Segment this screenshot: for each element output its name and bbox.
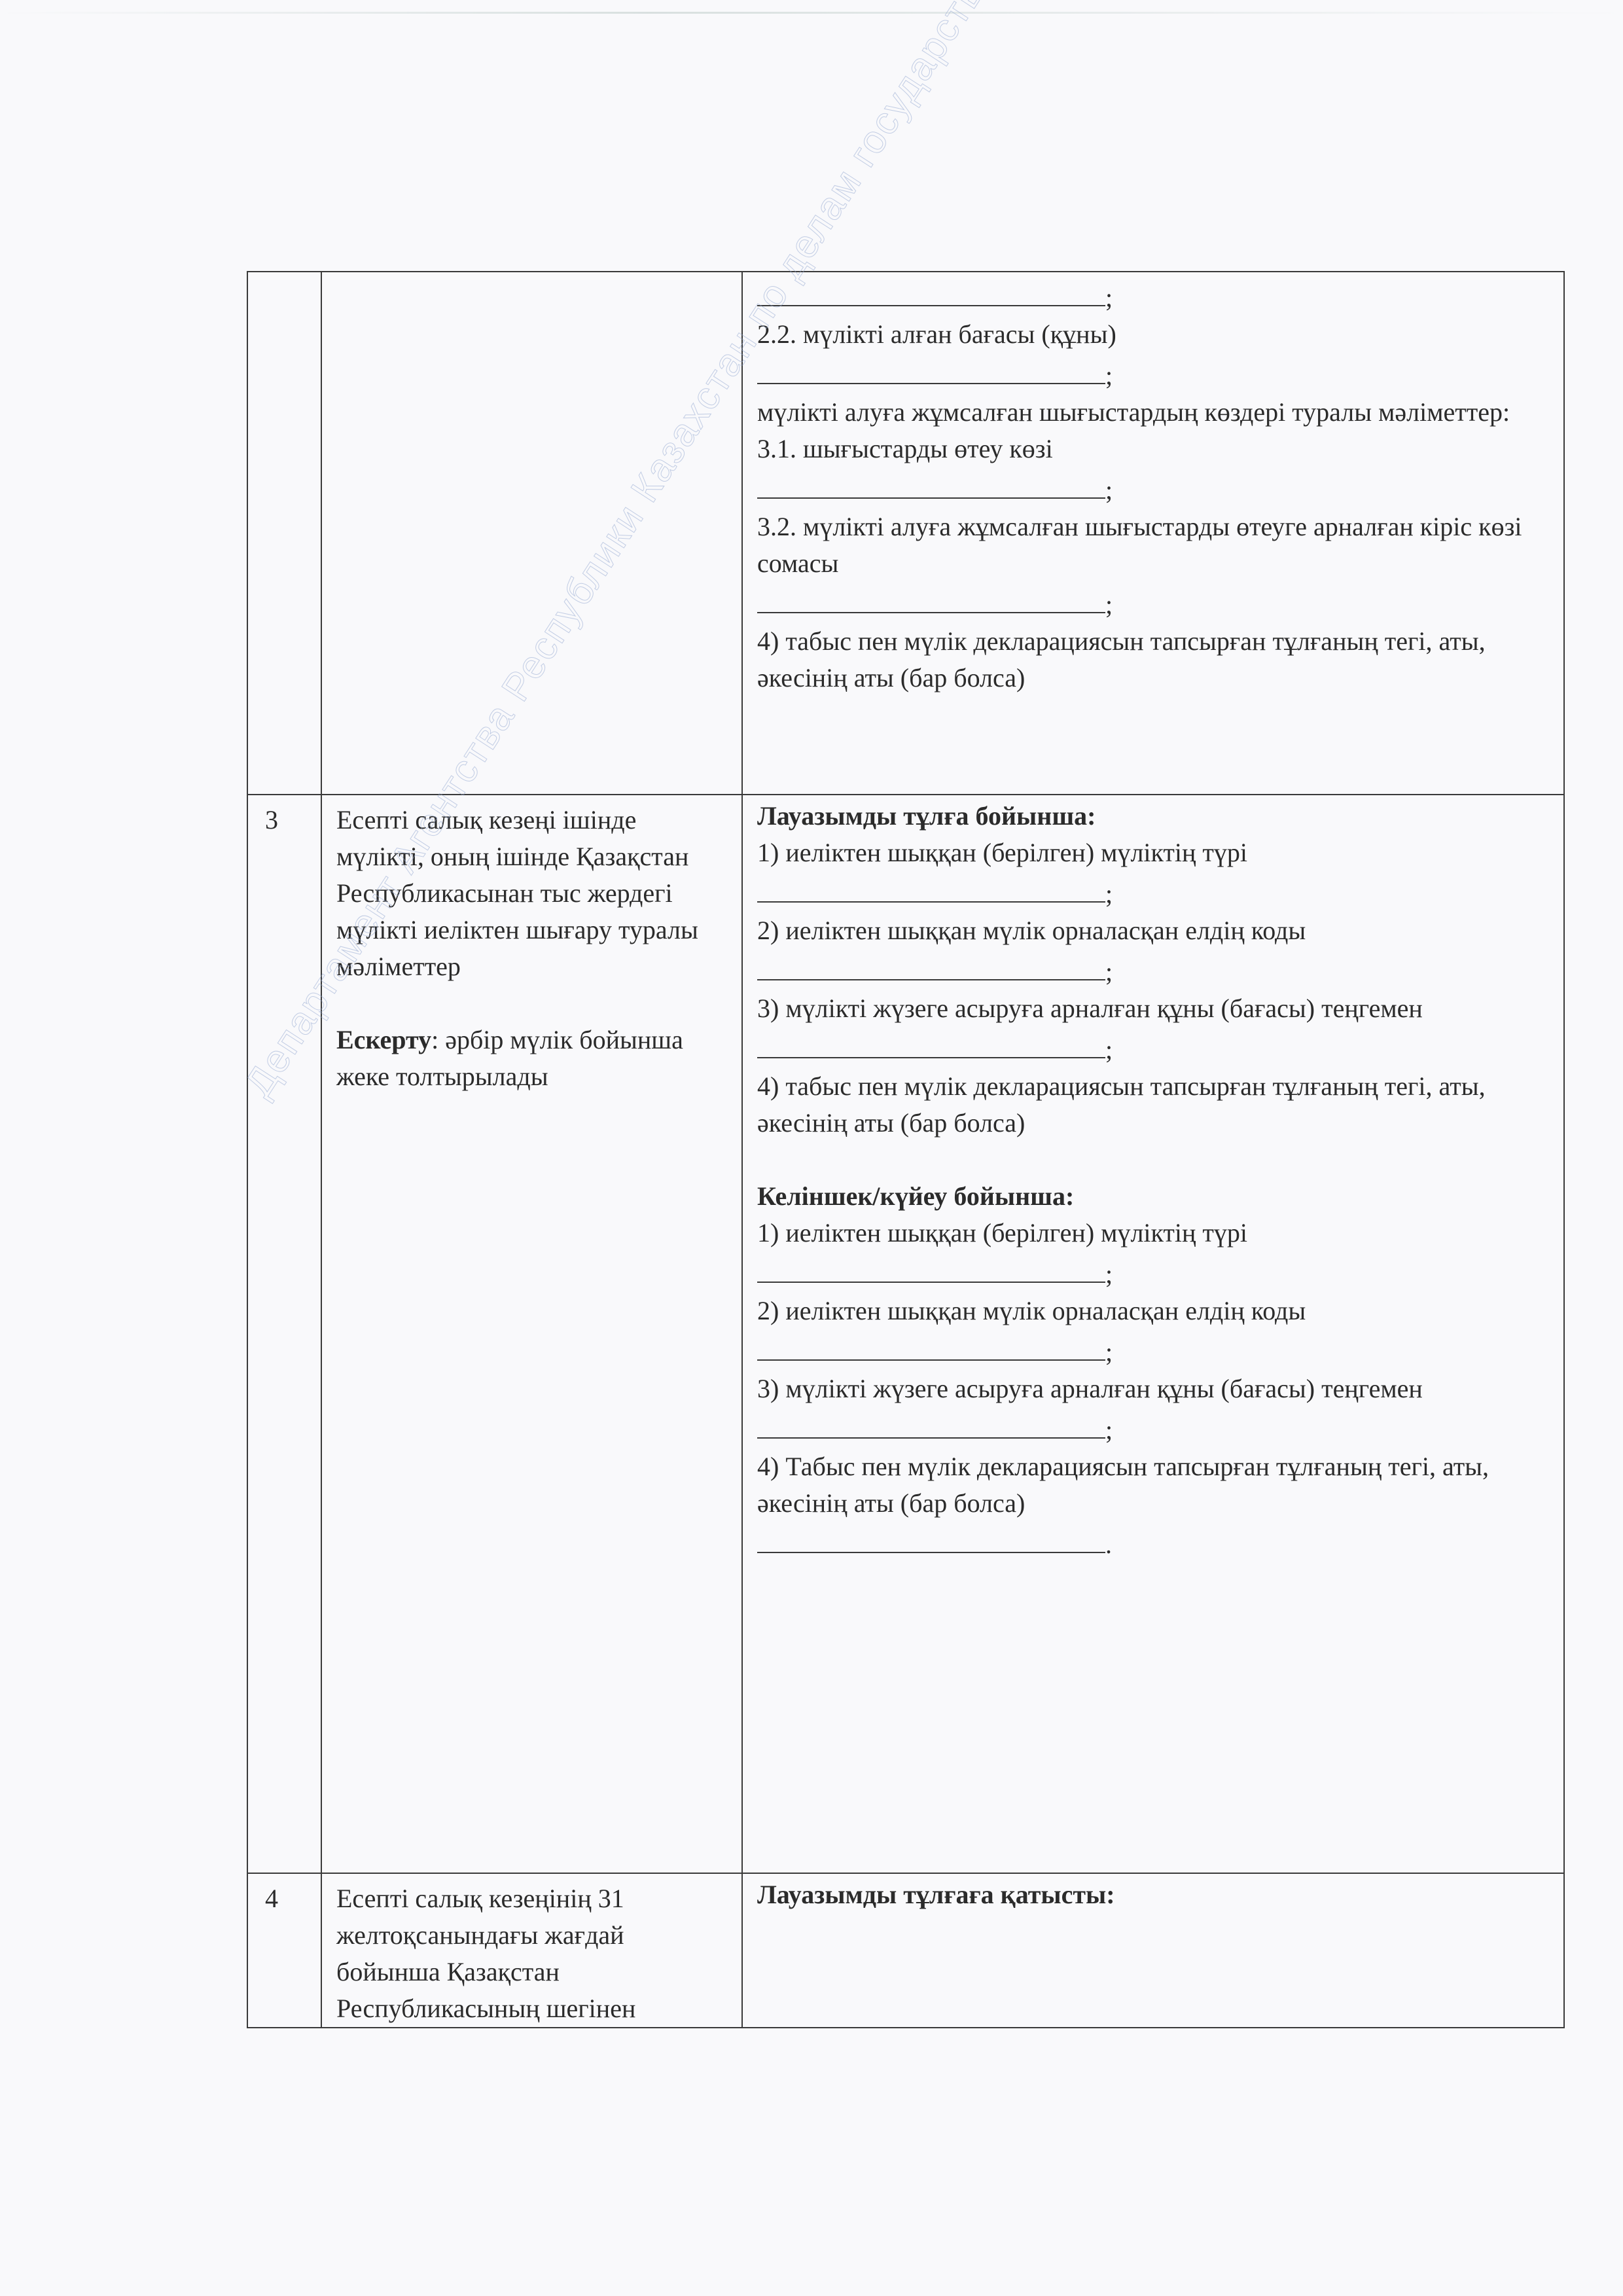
blank-terminator: ;: [1105, 1415, 1113, 1444]
fill-in-blank[interactable]: ;: [757, 1407, 1550, 1448]
blank-underline[interactable]: [757, 275, 1105, 306]
spacer: [336, 985, 728, 1022]
form-field-label: 1) иеліктен шыққан (берілген) мүліктің т…: [757, 834, 1550, 871]
form-field-label: 1) иеліктен шыққан (берілген) мүліктің т…: [757, 1215, 1550, 1251]
row-content-cell: Лауазымды тұлғаға қатысты:: [742, 1873, 1564, 2028]
form-field-label: 3) мүлікті жүзеге асыруға арналған құны …: [757, 990, 1550, 1027]
table-row: 4 Есепті салық кезеңінің 31 желтоқсанынд…: [247, 1873, 1564, 2028]
section-heading: Лауазымды тұлғаға қатысты:: [757, 1876, 1550, 1913]
row-number-cell: 3: [247, 795, 321, 1873]
blank-terminator: ;: [1105, 1337, 1113, 1367]
table-row: 3 Есепті салық кезеңі ішінде мүлікті, он…: [247, 795, 1564, 1873]
fill-in-blank[interactable]: ;: [757, 275, 1550, 316]
blank-terminator: ;: [1105, 1035, 1113, 1064]
row-description: Есепті салық кезеңінің 31 желтоқсанындағ…: [336, 1880, 728, 2027]
section-heading: Келіншек/күйеу бойынша:: [757, 1178, 1550, 1215]
form-field-label: 2) иеліктен шыққан мүлік орналасқан елді…: [757, 1293, 1550, 1329]
row-description-cell: Есепті салық кезеңінің 31 желтоқсанындағ…: [321, 1873, 742, 2028]
blank-terminator: ;: [1105, 283, 1113, 312]
fill-in-blank[interactable]: ;: [757, 949, 1550, 990]
fill-in-blank[interactable]: ;: [757, 353, 1550, 394]
blank-underline[interactable]: [757, 1329, 1105, 1361]
blank-terminator: ;: [1105, 1259, 1113, 1289]
blank-underline[interactable]: [757, 1407, 1105, 1439]
spacer: [757, 1141, 1550, 1178]
fill-in-blank[interactable]: ;: [757, 467, 1550, 509]
fill-in-blank[interactable]: ;: [757, 1251, 1550, 1293]
blank-underline[interactable]: [757, 582, 1105, 613]
row-content-cell: ;2.2. мүлікті алған бағасы (құны);мүлікт…: [742, 272, 1564, 795]
note-label: Ескерту: [336, 1025, 431, 1054]
blank-terminator: .: [1105, 1530, 1112, 1559]
blank-terminator: ;: [1105, 361, 1113, 390]
blank-underline[interactable]: [757, 949, 1105, 980]
form-field-label: 3.2. мүлікті алуға жұмсалған шығыстарды …: [757, 509, 1550, 582]
blank-terminator: ;: [1105, 590, 1113, 619]
fill-in-blank[interactable]: ;: [757, 1329, 1550, 1371]
declaration-form-table: ;2.2. мүлікті алған бағасы (құны);мүлікт…: [247, 271, 1565, 2028]
fill-in-blank[interactable]: .: [757, 1522, 1550, 1563]
form-field-label: 4) Табыс пен мүлік декларациясын тапсырғ…: [757, 1448, 1550, 1522]
form-field-label: мүлікті алуға жұмсалған шығыстардың көзд…: [757, 394, 1550, 431]
blank-underline[interactable]: [757, 1522, 1105, 1553]
fill-in-blank[interactable]: ;: [757, 871, 1550, 912]
form-field-label: 2.2. мүлікті алған бағасы (құны): [757, 316, 1550, 353]
fill-in-blank[interactable]: ;: [757, 582, 1550, 623]
row-number-cell: 4: [247, 1873, 321, 2028]
scan-edge: [0, 12, 1623, 14]
fill-in-blank[interactable]: ;: [757, 1027, 1550, 1068]
blank-terminator: ;: [1105, 957, 1113, 986]
blank-underline[interactable]: [757, 353, 1105, 384]
blank-underline[interactable]: [757, 1027, 1105, 1058]
form-field-label: 2) иеліктен шыққан мүлік орналасқан елді…: [757, 912, 1550, 949]
row-description-cell: [321, 272, 742, 795]
blank-underline[interactable]: [757, 467, 1105, 499]
form-field-label: 4) табыс пен мүлік декларациясын тапсырғ…: [757, 1068, 1550, 1141]
blank-terminator: ;: [1105, 475, 1113, 505]
form-field-label: 3.1. шығыстарды өтеу көзі: [757, 431, 1550, 467]
blank-underline[interactable]: [757, 871, 1105, 903]
blank-underline[interactable]: [757, 1251, 1105, 1283]
row-content-cell: Лауазымды тұлға бойынша:1) иеліктен шыққ…: [742, 795, 1564, 1873]
row-number-cell: [247, 272, 321, 795]
row-description-cell: Есепті салық кезеңі ішінде мүлікті, оның…: [321, 795, 742, 1873]
form-field-label: 4) табыс пен мүлік декларациясын тапсырғ…: [757, 623, 1550, 696]
section-heading: Лауазымды тұлға бойынша:: [757, 798, 1550, 834]
blank-terminator: ;: [1105, 879, 1113, 908]
table-row: ;2.2. мүлікті алған бағасы (құны);мүлікт…: [247, 272, 1564, 795]
form-field-label: 3) мүлікті жүзеге асыруға арналған құны …: [757, 1371, 1550, 1407]
row-note: Ескерту: әрбір мүлік бойынша жеке толтыр…: [336, 1022, 728, 1095]
row-description: Есепті салық кезеңі ішінде мүлікті, оның…: [336, 802, 728, 985]
